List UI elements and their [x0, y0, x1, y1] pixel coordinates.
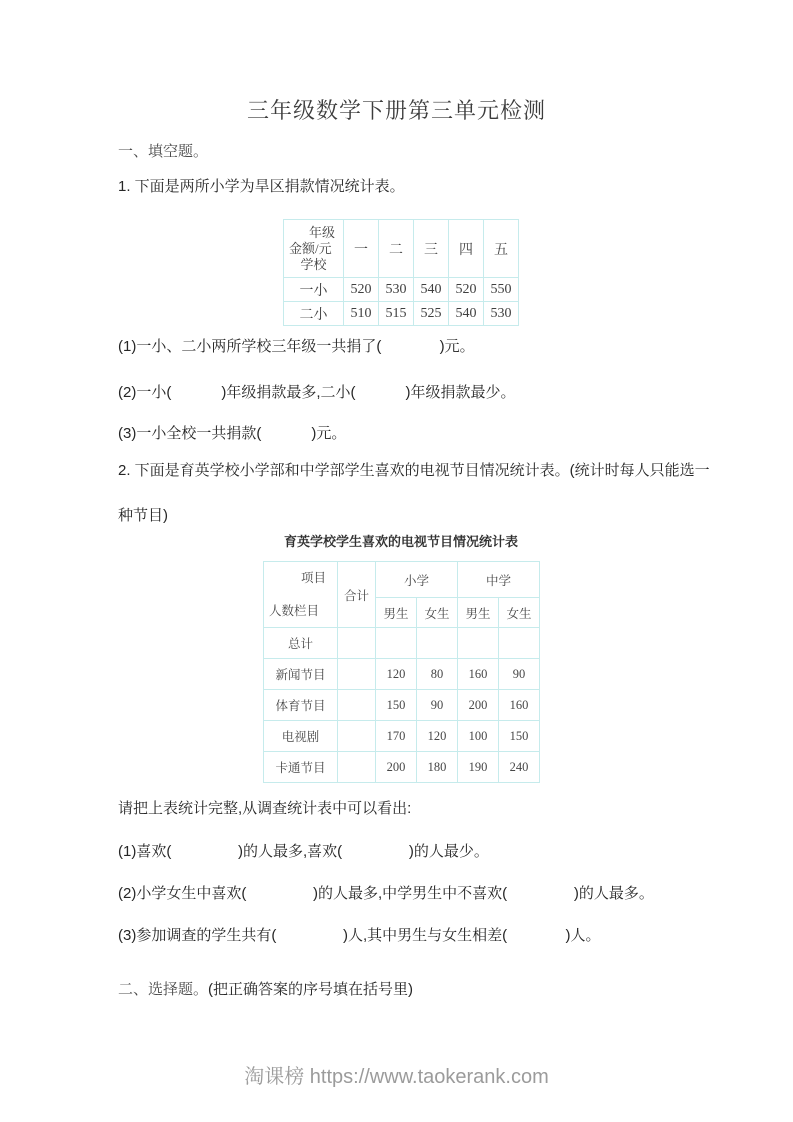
t2-cell: 200	[458, 690, 499, 721]
t1-row-label: 二小	[284, 302, 344, 326]
corner-label-grade: 年级	[289, 225, 338, 241]
t2-cell: 160	[458, 659, 499, 690]
q1-blank-3: (3)一小全校一共捐款( )元。	[118, 423, 765, 444]
t2-cell: 150	[376, 690, 417, 721]
t2-cell: 180	[417, 752, 458, 783]
tv-program-table: 项目 人数栏目 合计 小学 中学 男生 女生 男生 女生 总计	[263, 561, 540, 783]
q2-intro-line2: 种节目)	[118, 505, 765, 526]
t2-cell: 80	[417, 659, 458, 690]
t2-cell	[338, 752, 376, 783]
worksheet-page: 三年级数学下册第三单元检测 一、填空题。 1. 下面是两所小学为旱区捐款情况统计…	[0, 0, 793, 1122]
t2-cell: 170	[376, 721, 417, 752]
tv-table-title: 育英学校学生喜欢的电视节目情况统计表	[263, 533, 539, 551]
table-row: 二小 510 515 525 540 530	[284, 302, 519, 326]
t1-cell: 540	[414, 278, 449, 302]
q2-blank-2: (2)小学女生中喜欢( )的人最多,中学男生中不喜欢( )的人最多。	[118, 883, 765, 904]
t2-group-primary: 小学	[376, 562, 458, 598]
t2-corner-cell: 项目 人数栏目	[264, 562, 338, 628]
q1-blank-1: (1)一小、二小两所学校三年级一共捐了( )元。	[118, 336, 765, 357]
t2-cell: 120	[376, 659, 417, 690]
corner-label-school: 学校	[289, 257, 338, 273]
t1-col-header: 五	[484, 220, 519, 278]
section-2-heading-note: (把正确答案的序号填在括号里)	[208, 981, 413, 998]
t2-cell: 90	[499, 659, 540, 690]
t2-subcol-girls: 女生	[499, 598, 540, 628]
t1-cell: 550	[484, 278, 519, 302]
corner-label-amount: 金额/元	[289, 241, 338, 257]
t2-subcol-girls: 女生	[417, 598, 458, 628]
q2-blank-1: (1)喜欢( )的人最多,喜欢( )的人最少。	[118, 841, 765, 862]
t2-cell	[338, 628, 376, 659]
t2-cell: 150	[499, 721, 540, 752]
t2-subcol-boys: 男生	[458, 598, 499, 628]
t1-col-header: 一	[344, 220, 379, 278]
t1-cell: 525	[414, 302, 449, 326]
t2-group-middle: 中学	[458, 562, 540, 598]
table-row: 项目 人数栏目 合计 小学 中学	[264, 562, 540, 598]
q2-note: 请把上表统计完整,从调查统计表中可以看出:	[118, 798, 765, 819]
page-title: 三年级数学下册第三单元检测	[0, 94, 793, 125]
t1-cell: 540	[449, 302, 484, 326]
t2-total-header: 合计	[338, 562, 376, 628]
t1-cell: 520	[449, 278, 484, 302]
table-row: 年级 金额/元 学校 一 二 三 四 五	[284, 220, 519, 278]
t2-cell: 120	[417, 721, 458, 752]
t2-cell	[376, 628, 417, 659]
t2-row-label: 新闻节目	[264, 659, 338, 690]
t2-cell: 100	[458, 721, 499, 752]
t2-cell	[499, 628, 540, 659]
table-row: 电视剧 170 120 100 150	[264, 721, 540, 752]
footer-watermark: 淘课榜 https://www.taokerank.com	[0, 1064, 793, 1090]
corner-label-item: 项目	[269, 571, 332, 586]
table-row: 卡通节目 200 180 190 240	[264, 752, 540, 783]
q2-blank-3: (3)参加调查的学生共有( )人,其中男生与女生相差( )人。	[118, 925, 765, 946]
t1-cell: 530	[379, 278, 414, 302]
t2-row-label: 体育节目	[264, 690, 338, 721]
t2-cell	[417, 628, 458, 659]
t2-cell: 240	[499, 752, 540, 783]
donation-table: 年级 金额/元 学校 一 二 三 四 五 一小 520 530 540 520 …	[283, 219, 519, 326]
table-row: 总计	[264, 628, 540, 659]
t2-cell	[458, 628, 499, 659]
t1-cell: 515	[379, 302, 414, 326]
t1-col-header: 二	[379, 220, 414, 278]
t2-cell: 200	[376, 752, 417, 783]
t1-row-label: 一小	[284, 278, 344, 302]
t2-row-label: 总计	[264, 628, 338, 659]
q1-blank-2: (2)一小( )年级捐款最多,二小( )年级捐款最少。	[118, 382, 765, 403]
t1-cell: 520	[344, 278, 379, 302]
q1-intro: 1. 下面是两所小学为旱区捐款情况统计表。	[118, 176, 765, 197]
t1-cell: 510	[344, 302, 379, 326]
t1-col-header: 四	[449, 220, 484, 278]
t1-cell: 530	[484, 302, 519, 326]
t2-cell	[338, 690, 376, 721]
corner-label-count: 人数栏目	[269, 604, 332, 619]
q2-intro-line1: 2. 下面是育英学校小学部和中学部学生喜欢的电视节目情况统计表。(统计时每人只能…	[118, 460, 765, 481]
t2-cell	[338, 721, 376, 752]
section-2-heading: 二、选择题。(把正确答案的序号填在括号里)	[118, 979, 765, 1001]
t2-cell: 160	[499, 690, 540, 721]
table-row: 新闻节目 120 80 160 90	[264, 659, 540, 690]
t1-corner-cell: 年级 金额/元 学校	[284, 220, 344, 278]
t1-col-header: 三	[414, 220, 449, 278]
section-1-heading: 一、填空题。	[118, 142, 765, 163]
t2-subcol-boys: 男生	[376, 598, 417, 628]
t2-cell: 190	[458, 752, 499, 783]
t2-row-label: 电视剧	[264, 721, 338, 752]
t2-cell: 90	[417, 690, 458, 721]
table-row: 体育节目 150 90 200 160	[264, 690, 540, 721]
t2-cell	[338, 659, 376, 690]
table-row: 一小 520 530 540 520 550	[284, 278, 519, 302]
t2-row-label: 卡通节目	[264, 752, 338, 783]
section-2-heading-label: 二、选择题。	[118, 982, 208, 998]
